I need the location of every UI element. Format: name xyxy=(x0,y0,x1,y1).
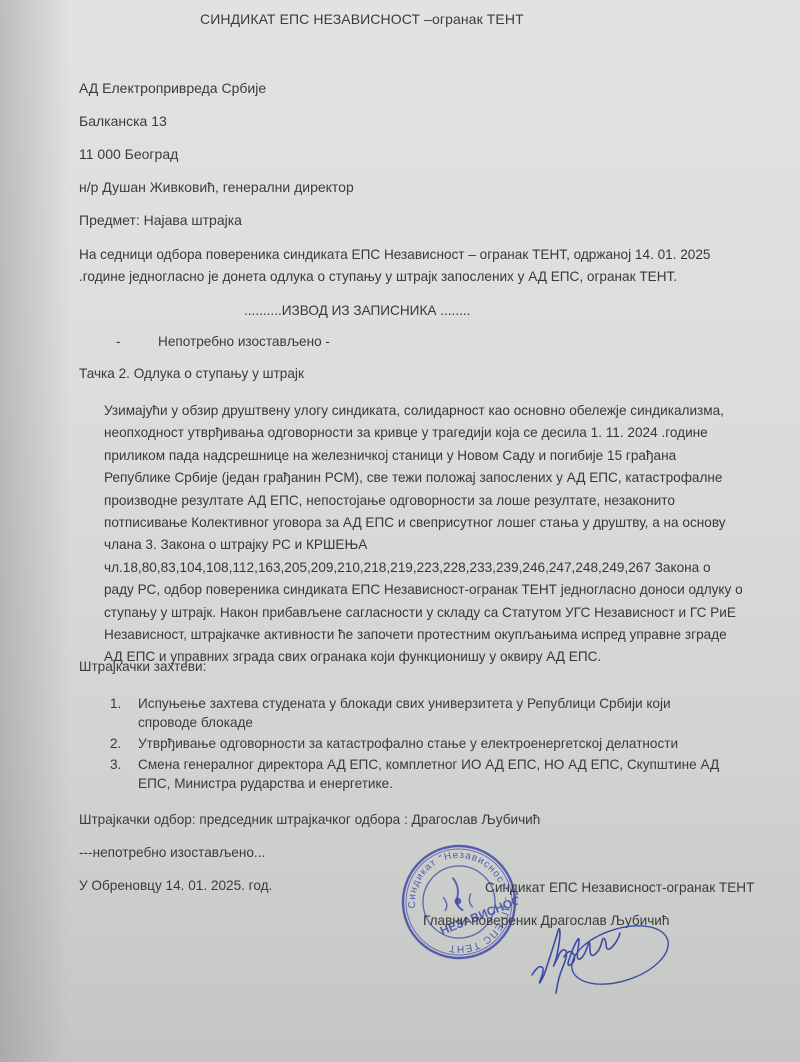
decision-line: Узимајући у обзир друштвену улогу синдик… xyxy=(104,400,800,422)
recipient-company: АД Електропривреда Србије xyxy=(79,80,266,96)
demand-number: 1. xyxy=(110,694,121,713)
point-heading: Тачка 2. Одлука о ступању у штрајк xyxy=(79,366,304,381)
signatory-organization: Синдикат ЕПС Независност-огранак ТЕНТ xyxy=(485,880,754,895)
decision-paragraph: Узимајући у обзир друштвену улогу синдик… xyxy=(104,400,800,669)
letter-subject: Предмет: Најава штрајка xyxy=(79,212,242,228)
decision-line: потписивање Колективног уговора за АД ЕП… xyxy=(104,512,800,534)
decision-line: чл.18,80,83,104,108,112,163,205,209,210,… xyxy=(104,557,800,579)
omitted-text: Непотребно изостављено - xyxy=(158,334,330,349)
handwritten-signature-icon xyxy=(520,905,680,1005)
demand-item: 3. Смена генералног директора АД ЕПС, ко… xyxy=(110,755,790,793)
decision-line: члана 3. Закона о штрајку РС и КРШЕЊА xyxy=(104,534,800,556)
recipient-street: Балканска 13 xyxy=(79,113,167,129)
excerpt-heading: ..........ИЗВОД ИЗ ЗАПИСНИКА ........ xyxy=(244,303,470,318)
decision-line: АД ЕПС и управних зграда свих огранака к… xyxy=(104,646,800,668)
place-and-date: У Обреновцу 14. 01. 2025. год. xyxy=(79,878,272,893)
decision-line: ступању у штрајк. Након прибављене сагла… xyxy=(104,602,800,624)
recipient-city: 11 000 Београд xyxy=(79,146,178,162)
demand-item: 1. Испуњење захтева студената у блокади … xyxy=(110,694,790,732)
demand-text: Испуњење захтева студената у блокади сви… xyxy=(138,694,790,713)
decision-line: неопходност утврђивања одговорности за к… xyxy=(104,422,800,444)
strike-board-chair: Штрајкачки одбор: председник штрајкачког… xyxy=(79,812,540,827)
demand-text: Утврђивање одговорности за катастрофално… xyxy=(138,734,790,753)
decision-line: производне резултате АД ЕПС, непостојање… xyxy=(104,490,800,512)
demands-title: Штрајкачки захтеви: xyxy=(79,659,206,674)
intro-line: .године једногласно је донета одлука о с… xyxy=(79,266,759,288)
strike-announcement-letter: СИНДИКАТ ЕПС НЕЗАВИСНОСТ –огранак ТЕНТ А… xyxy=(0,0,800,1062)
demand-text: Смена генералног директора АД ЕПС, компл… xyxy=(138,755,790,774)
decision-line: Републике Србије (један грађанин РСМ), с… xyxy=(104,467,800,489)
demands-list: 1. Испуњење захтева студената у блокади … xyxy=(110,694,790,795)
intro-paragraph: На седници одбора повереника синдиката Е… xyxy=(79,244,759,288)
decision-line: раду РС, одбор повереника синдиката ЕПС … xyxy=(104,579,800,601)
demand-text: спроводе блокаде xyxy=(138,713,790,732)
demand-item: 2. Утврђивање одговорности за катастрофа… xyxy=(110,734,790,753)
demand-text: ЕПС, Министра рударства и енергетике. xyxy=(138,774,790,793)
union-stamp-icon: Синдикат "Независност" - ЈП ЕПС ТЕНТ НЕЗ… xyxy=(400,843,518,961)
demand-number: 2. xyxy=(110,734,121,753)
intro-line: На седници одбора повереника синдиката Е… xyxy=(79,244,759,266)
decision-line: Независност, штрајкачке активности ће за… xyxy=(104,624,800,646)
demand-number: 3. xyxy=(110,755,121,774)
omitted-item: -Непотребно изостављено - xyxy=(116,334,330,349)
decision-line: приликом пада надсрешнице на железничкој… xyxy=(104,445,800,467)
recipient-attention: н/р Душан Живковић, генерални директор xyxy=(79,179,354,195)
bullet-dash: - xyxy=(116,334,158,349)
omitted-footer: ---непотребно изостављено... xyxy=(79,845,265,860)
letterhead-title: СИНДИКАТ ЕПС НЕЗАВИСНОСТ –огранак ТЕНТ xyxy=(200,11,524,27)
